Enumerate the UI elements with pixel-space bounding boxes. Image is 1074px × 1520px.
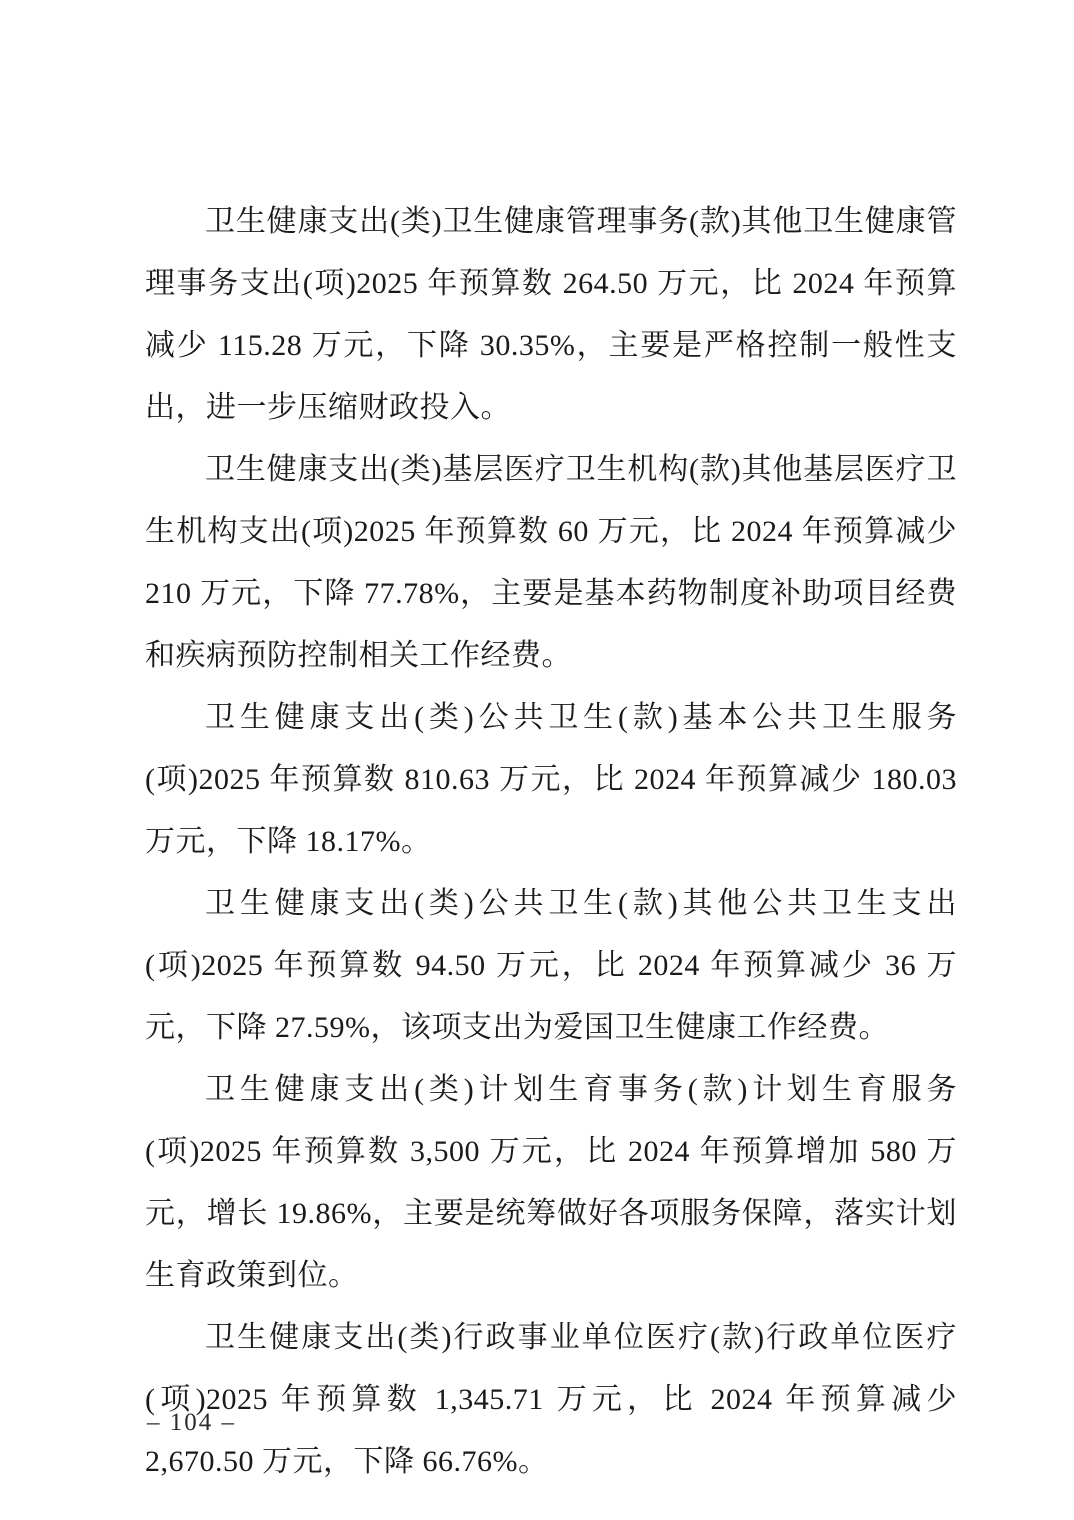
document-page: 卫生健康支出(类)卫生健康管理事务(款)其他卫生健康管理事务支出(项)2025 … <box>0 0 1074 1520</box>
paragraph-health-management-affairs: 卫生健康支出(类)卫生健康管理事务(款)其他卫生健康管理事务支出(项)2025 … <box>145 191 957 439</box>
paragraph-grassroots-medical-institutions: 卫生健康支出(类)基层医疗卫生机构(款)其他基层医疗卫生机构支出(项)2025 … <box>145 439 957 687</box>
paragraph-basic-public-health-services: 卫生健康支出(类)公共卫生(款)基本公共卫生服务(项)2025 年预算数 810… <box>145 687 957 873</box>
paragraph-family-planning-services: 卫生健康支出(类)计划生育事务(款)计划生育服务(项)2025 年预算数 3,5… <box>145 1059 957 1307</box>
page-number: – 104 – <box>147 1405 236 1441</box>
paragraph-administrative-unit-medical: 卫生健康支出(类)行政事业单位医疗(款)行政单位医疗(项)2025 年预算数 1… <box>145 1307 957 1493</box>
paragraph-other-public-health-expenditure: 卫生健康支出(类)公共卫生(款)其他公共卫生支出(项)2025 年预算数 94.… <box>145 873 957 1059</box>
body-text: 卫生健康支出(类)卫生健康管理事务(款)其他卫生健康管理事务支出(项)2025 … <box>145 191 957 1493</box>
